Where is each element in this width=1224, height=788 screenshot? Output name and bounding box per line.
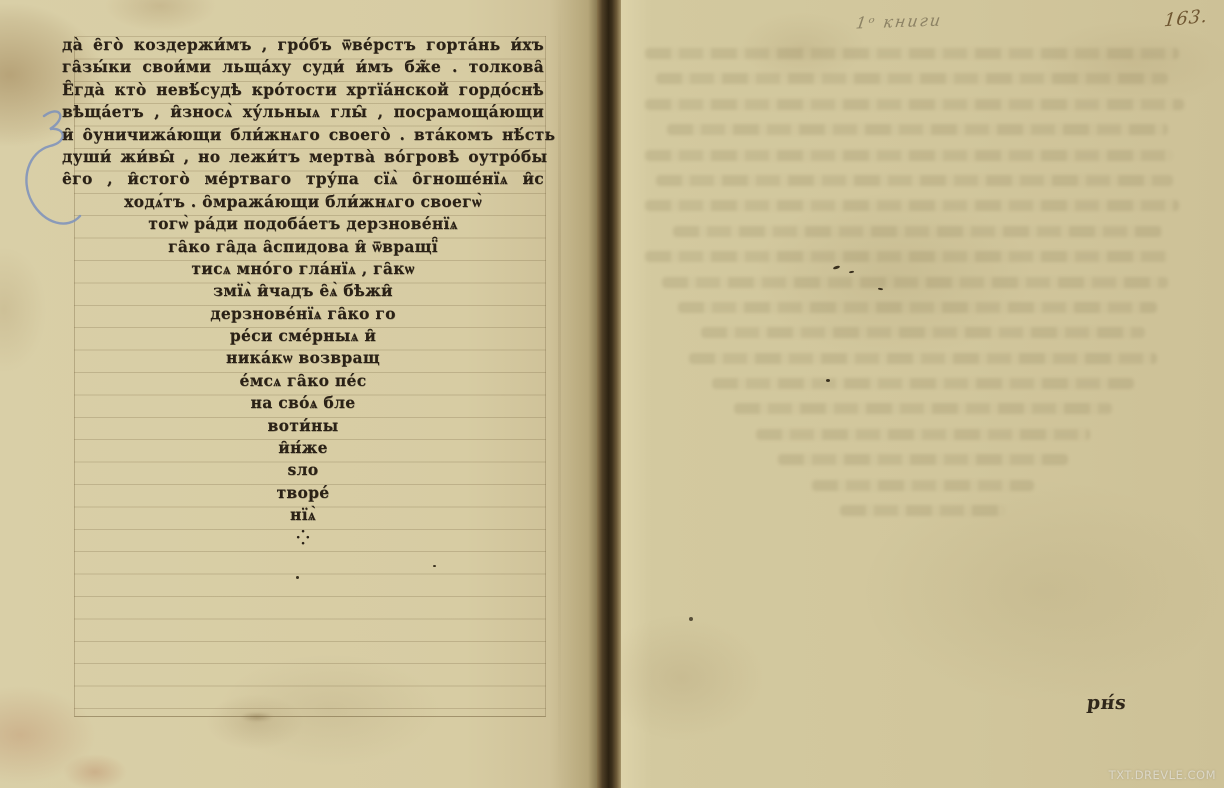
text-line: га̑ко га̑да а̑спидова и̑ ѿвращї̑: [62, 236, 544, 258]
ink-speck: [433, 565, 436, 567]
left-page: да̀ е̑го̀ коздержи́мъ , гро́бъ ѿве́рстъ …: [0, 0, 597, 788]
text-line: ходѧ́тъ . о̑мража́ющи бли́жнѧго своегѡ̀: [62, 191, 544, 213]
text-line: ре́си сме́рныѧ и̑: [62, 325, 544, 347]
text-line: га̑зы́ки свои́ми льща́ху суди́ и́мъ бж̃е…: [62, 56, 544, 78]
ink-speck: [296, 576, 299, 579]
text-line: воти́ны: [62, 415, 544, 437]
end-ornament: · · · ·: [62, 529, 544, 547]
text-line: ника́кѡ возвращ: [62, 347, 544, 369]
manuscript-text-block: да̀ е̑го̀ коздержи́мъ , гро́бъ ѿве́рстъ …: [62, 34, 544, 527]
bleed-row: [678, 302, 1156, 313]
manuscript-spread: да̀ е̑го̀ коздержи́мъ , гро́бъ ѿве́рстъ …: [0, 0, 1224, 788]
text-line: дерзнове́нїѧ га̑ко го: [62, 303, 544, 325]
text-line: на сво́ѧ бле: [62, 392, 544, 414]
bleed-row: [662, 277, 1168, 288]
bleed-row: [756, 429, 1090, 440]
paper-smudge: [240, 712, 274, 722]
text-line: души́ жи́вы̑ , но лежи́тъ мертва̀ во́гро…: [62, 146, 544, 168]
quire-mark: рн́ѕ: [1086, 692, 1128, 714]
bleed-row: [840, 505, 1007, 516]
bleed-row: [712, 378, 1135, 389]
text-line: е́мсѧ га̑ко пе́с: [62, 370, 544, 392]
bleed-row: [689, 353, 1156, 364]
text-line: творе́: [62, 482, 544, 504]
right-page: 1ᵒ книги 163. рн́ѕ: [621, 0, 1224, 788]
text-line: тогѡ̀ ра́ди подоба́етъ дерзнове́нїѧ: [62, 213, 544, 235]
bleed-row: [701, 327, 1146, 338]
bleed-row: [645, 251, 1168, 262]
bleed-row: [673, 226, 1162, 237]
bleed-row: [667, 124, 1167, 135]
text-line: тисѧ мно́го гла́нїѧ , га̑кѡ: [62, 258, 544, 280]
bleed-row: [645, 99, 1184, 110]
bleed-row: [656, 175, 1173, 186]
book-gutter: [597, 0, 621, 788]
site-watermark: TXT.DREVLE.COM: [1109, 768, 1216, 782]
text-line: да̀ е̑го̀ коздержи́мъ , гро́бъ ѿве́рстъ …: [62, 34, 544, 56]
ink-speck: [826, 379, 830, 382]
text-line: вѣща́етъ , и̑зносѧ̀ ху́льныѧ глы̑ , поср…: [62, 101, 544, 123]
text-line: и̑н́же: [62, 437, 544, 459]
bleed-row: [645, 48, 1179, 59]
page-crease: [558, 0, 561, 788]
bleed-row: [812, 480, 1034, 491]
bleed-row: [645, 150, 1173, 161]
bleed-through-text: [645, 48, 1201, 530]
pencil-note: 1ᵒ книги: [855, 10, 944, 32]
bleed-row: [645, 200, 1179, 211]
text-line: змїѧ̀ и̑чадъ е̑ѧ̀ бѣжи̑: [62, 280, 544, 302]
ornament-dot-bottom: ·: [62, 541, 544, 547]
bleed-row: [734, 403, 1112, 414]
bleed-row: [778, 454, 1067, 465]
bleed-row: [656, 73, 1168, 84]
text-line: и̑ о̑уничижа́ющи бли́жнѧго своего̀ . вта…: [62, 124, 544, 146]
text-line: Е̑гда̀ кто̀ невѣ́судѣ кро́тости хртїа́нс…: [62, 79, 544, 101]
text-line: ѕло: [62, 459, 544, 481]
folio-number: 163.: [1163, 6, 1209, 32]
ink-speck: [689, 617, 693, 621]
text-line: е̑го , и̑стого̀ ме́ртваго тру́па сїѧ̀ о̑…: [62, 168, 544, 190]
